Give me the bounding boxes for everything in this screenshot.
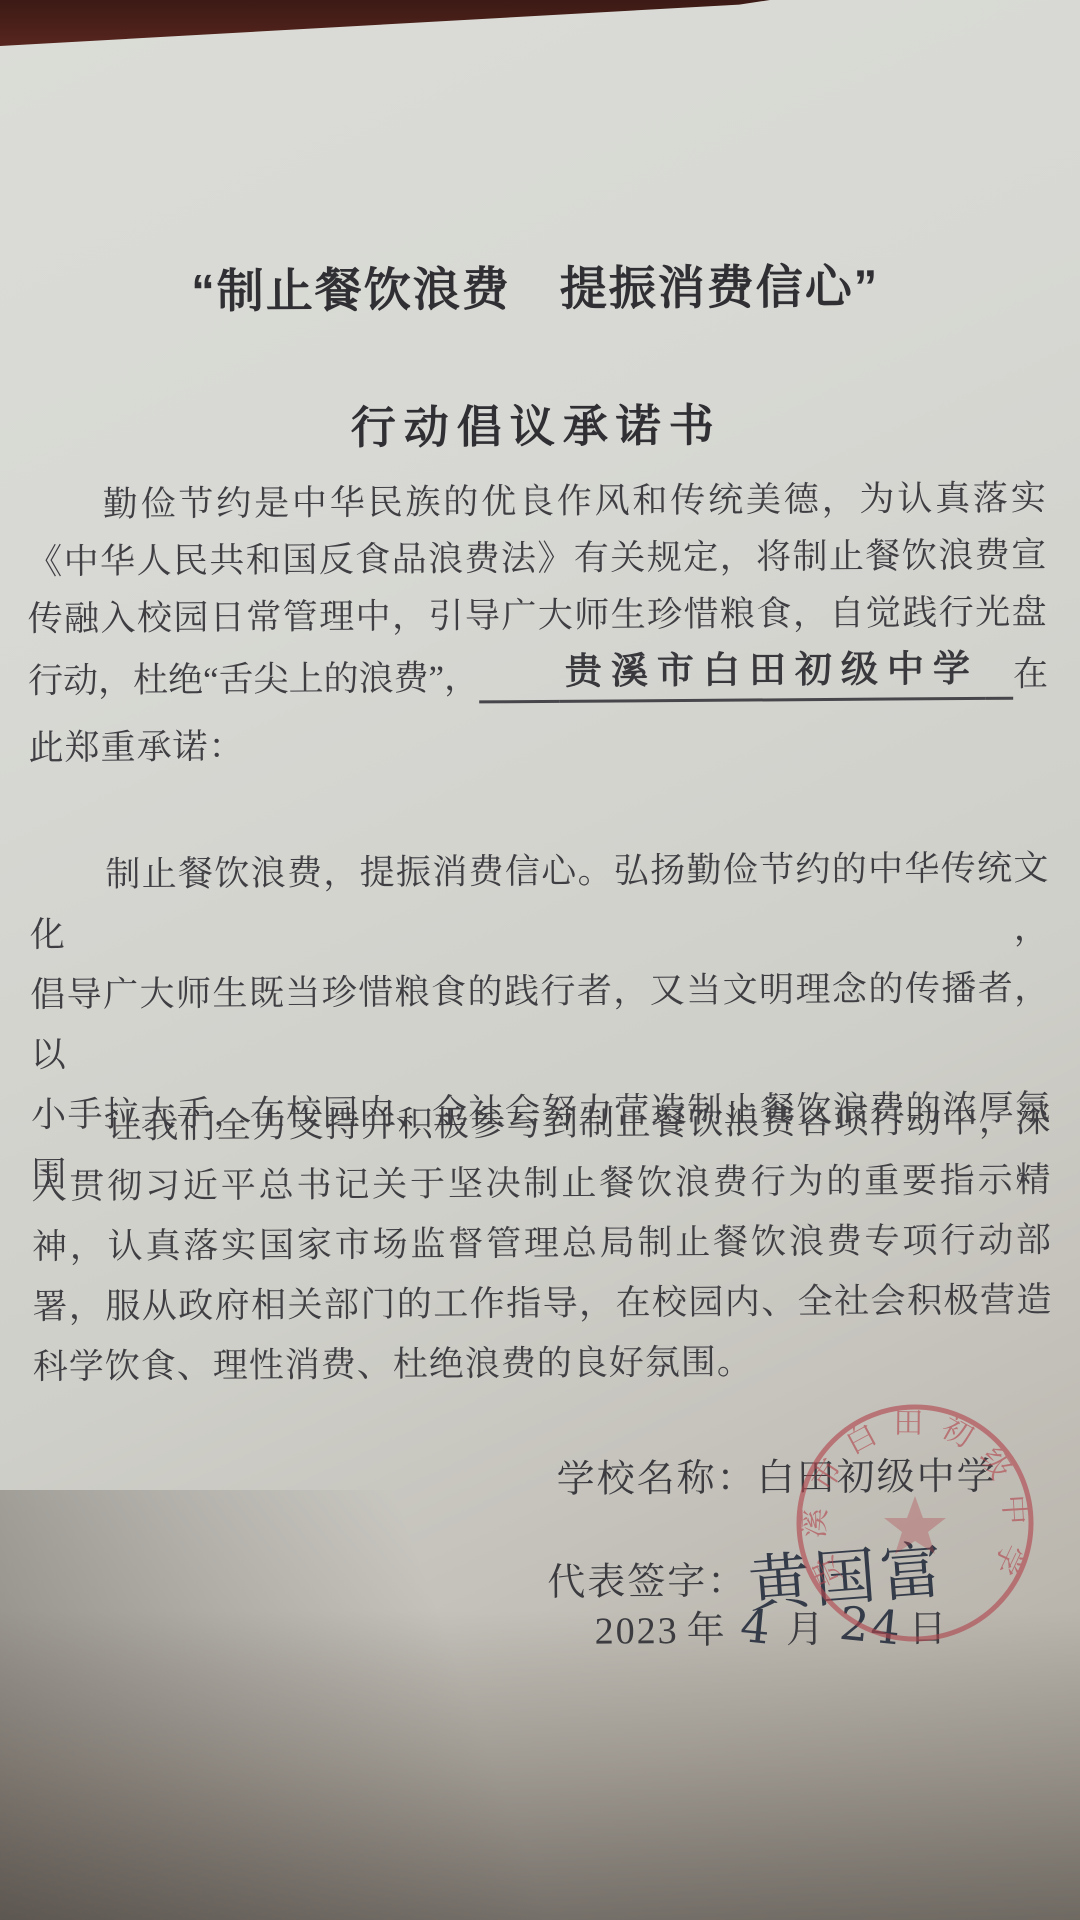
paragraph-1-last-line: 此郑重承诺： [28,712,1048,776]
blank-underline-left [479,700,559,704]
school-seal-stamp: 贵溪市白田初级中学 [782,1384,1047,1662]
document-photo: “制止餐饮浪费 提振消费信心” 行动倡议承诺书 勤俭节约是中华民族的优良作风和传… [0,0,1080,1920]
representative-label: 代表签字： [547,1561,747,1604]
doc-subtitle: 行动倡议承诺书 [26,386,1046,458]
paragraph-1: 勤俭节约是中华民族的优良作风和传统美德，为认真落实 《中华人民共和国反食品浪费法… [27,469,1048,647]
school-name-fill: 贵溪市白田初级中学 [559,645,985,703]
stamp-star-icon [884,1496,946,1554]
paragraph-1-fill-line: 行动，杜绝“舌尖上的浪费”， 贵溪市白田初级中学 在 [28,644,1048,706]
blank-underline-right [985,697,1013,700]
fill-line-suffix: 在 [1013,649,1048,699]
doc-title: “制止餐饮浪费 提振消费信心” [25,248,1045,322]
date-month-handwritten: 4 [738,1598,774,1655]
paragraph-3: 让我们全力支持并积极参与到制止餐饮浪费各项行动中，深 入贯彻习近平总书记关于坚决… [31,1090,1053,1337]
fill-line-prefix: 行动，杜绝“舌尖上的浪费”， [28,653,479,706]
date-year-unit: 年 [687,1610,727,1652]
school-name-label: 学校名称： [556,1458,756,1501]
date-year: 2023 [595,1610,679,1653]
